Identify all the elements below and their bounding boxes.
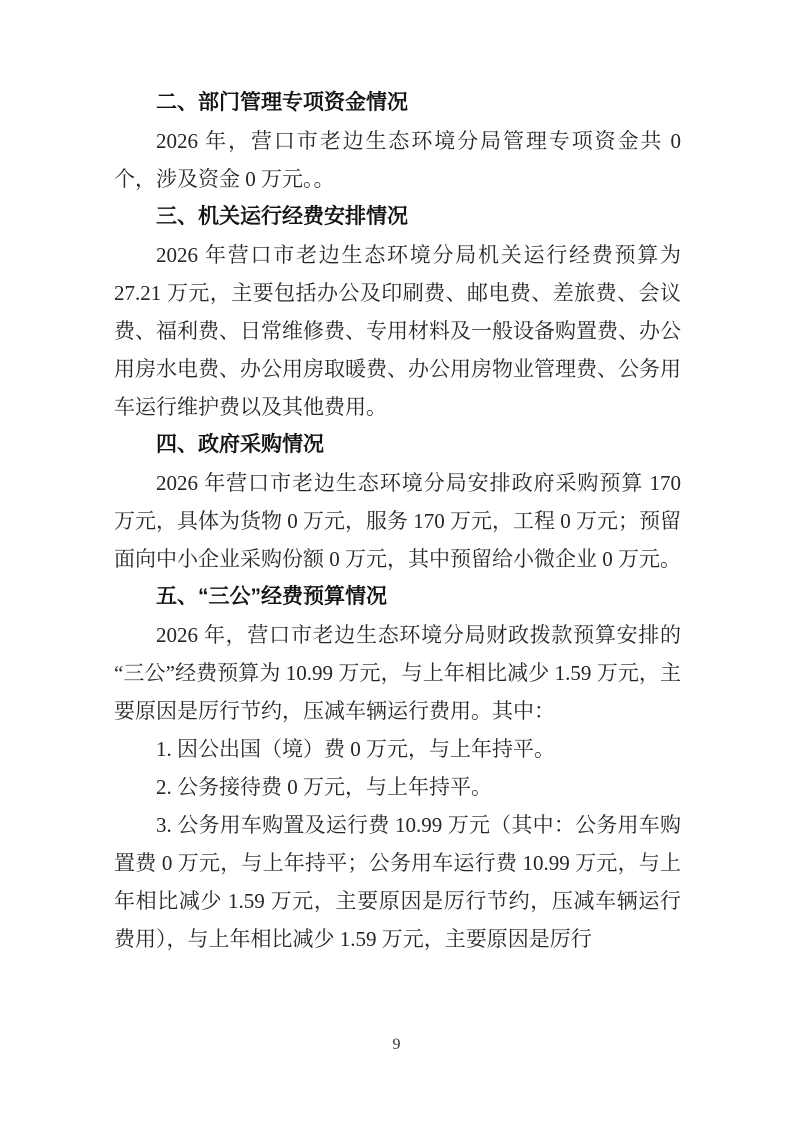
list-item-official-reception: 2. 公务接待费 0 万元，与上年持平。 [114, 768, 681, 806]
page-number: 9 [393, 1036, 401, 1053]
page-footer: 9 [0, 1036, 793, 1054]
section-heading-dept-special-funds: 二、部门管理专项资金情况 [114, 84, 681, 122]
section-heading-government-procurement: 四、政府采购情况 [114, 426, 681, 464]
document-page: 二、部门管理专项资金情况 2026 年，营口市老边生态环境分局管理专项资金共 0… [0, 0, 793, 1122]
list-item-official-vehicles: 3. 公务用车购置及运行费 10.99 万元（其中：公务用车购置费 0 万元，与… [114, 806, 681, 958]
section-heading-three-public-expenses: 五、“三公”经费预算情况 [114, 578, 681, 616]
document-body: 二、部门管理专项资金情况 2026 年，营口市老边生态环境分局管理专项资金共 0… [114, 84, 681, 958]
paragraph-dept-special-funds: 2026 年，营口市老边生态环境分局管理专项资金共 0 个，涉及资金 0 万元。… [114, 122, 681, 198]
paragraph-three-public-expenses: 2026 年，营口市老边生态环境分局财政拨款预算安排的 “三公”经费预算为 10… [114, 616, 681, 730]
paragraph-agency-operating-costs: 2026 年营口市老边生态环境分局机关运行经费预算为 27.21 万元，主要包括… [114, 236, 681, 426]
list-item-overseas-travel: 1. 因公出国（境）费 0 万元，与上年持平。 [114, 730, 681, 768]
paragraph-government-procurement: 2026 年营口市老边生态环境分局安排政府采购预算 170 万元，具体为货物 0… [114, 464, 681, 578]
section-heading-agency-operating-costs: 三、机关运行经费安排情况 [114, 198, 681, 236]
